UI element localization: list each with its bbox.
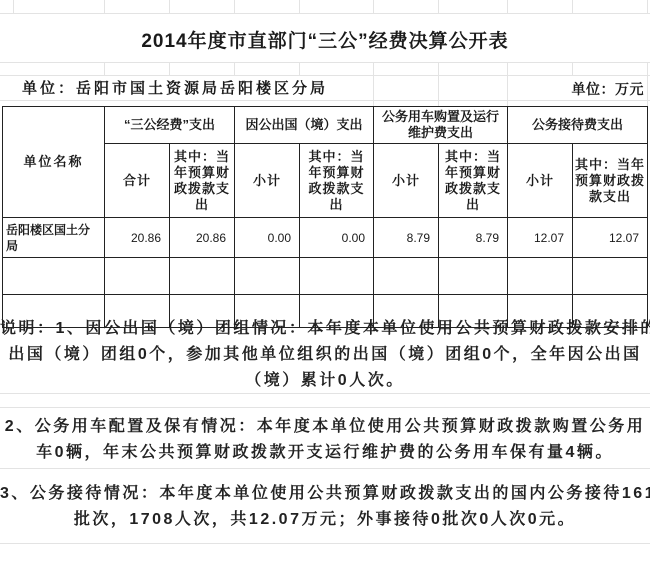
note-line: 车0辆，年末公共预算财政拨款开支运行维护费的公务用车保有量4辆。 (0, 440, 650, 466)
gridline (572, 62, 573, 75)
note-line: 3、公务接待情况：本年度本单位使用公共预算财政拨款支出的国内公务接待161 (0, 481, 650, 507)
note-line: （境）累计0人次。 (0, 368, 650, 394)
subheader-fiscal: 其中：当年预算财政拨款支出 (573, 144, 648, 218)
group-header-vehicle: 公务用车购置及运行维护费支出 (374, 107, 508, 144)
group-header-sangong: “三公经费”支出 (105, 107, 235, 144)
gridline (0, 62, 650, 63)
gridline (0, 407, 650, 408)
gridline (0, 543, 650, 544)
group-header-abroad: 因公出国（境）支出 (235, 107, 374, 144)
empty-cell (374, 258, 439, 295)
row-unit-name: 岳阳楼区国土分局 (3, 218, 105, 258)
note-line: 说明：1、因公出国（境）团组情况：本年度本单位使用公共预算财政拨款安排的 (0, 316, 650, 342)
cell-value: 20.86 (170, 218, 235, 258)
subheader-subtotal: 小计 (374, 144, 439, 218)
note-vehicles: 2、公务用车配置及保有情况：本年度本单位使用公共预算财政拨款购置公务用 车0辆，… (0, 414, 650, 466)
group-header-reception: 公务接待费支出 (508, 107, 648, 144)
unit-currency-label: 单位：万元 (572, 79, 645, 99)
cell-value: 0.00 (300, 218, 374, 258)
gridline (0, 468, 650, 469)
subheader-subtotal: 小计 (508, 144, 573, 218)
gridline (0, 100, 650, 101)
subheader-fiscal: 其中：当年预算财政拨款支出 (439, 144, 508, 218)
gridline (299, 62, 300, 75)
cell-value: 20.86 (105, 218, 170, 258)
empty-cell (105, 258, 170, 295)
empty-cell (573, 258, 648, 295)
gridline (647, 0, 648, 13)
spreadsheet-page: 2014年度市直部门“三公”经费决算公开表 单位：岳阳市国土资源局岳阳楼区分局 … (0, 0, 650, 566)
gridline (104, 0, 105, 13)
subheader-total: 合计 (105, 144, 170, 218)
empty-cell (300, 258, 374, 295)
empty-cell (3, 258, 105, 295)
subheader-subtotal: 小计 (235, 144, 300, 218)
gridline (13, 0, 14, 13)
unit-row: 单位：岳阳市国土资源局岳阳楼区分局 单位：万元 (0, 77, 650, 99)
empty-cell (508, 258, 573, 295)
empty-cell (235, 258, 300, 295)
unit-name-header: 单位名称 (3, 107, 105, 218)
gridline (169, 0, 170, 13)
subheader-fiscal: 其中：当年预算财政拨款支出 (300, 144, 374, 218)
cell-value: 12.07 (508, 218, 573, 258)
gridline (373, 0, 374, 13)
gridline (234, 0, 235, 13)
cell-value: 8.79 (374, 218, 439, 258)
empty-cell (439, 258, 508, 295)
empty-cell (170, 258, 235, 295)
gridline (572, 0, 573, 13)
gridline (0, 75, 650, 76)
note-abroad-groups: 说明：1、因公出国（境）团组情况：本年度本单位使用公共预算财政拨款安排的 出国（… (0, 316, 650, 394)
note-line: 批次，1708人次，共12.07万元；外事接待0批次0人次0元。 (0, 507, 650, 533)
gridline (438, 0, 439, 13)
gridline (104, 62, 105, 75)
note-line: 2、公务用车配置及保有情况：本年度本单位使用公共预算财政拨款购置公务用 (0, 414, 650, 440)
note-reception: 3、公务接待情况：本年度本单位使用公共预算财政拨款支出的国内公务接待161 批次… (0, 481, 650, 533)
gridline (0, 13, 650, 14)
unit-name-label: 单位：岳阳市国土资源局岳阳楼区分局 (22, 77, 328, 98)
cell-value: 8.79 (439, 218, 508, 258)
gridline (169, 62, 170, 75)
gridline (299, 0, 300, 13)
cell-value: 12.07 (573, 218, 648, 258)
gridline (234, 62, 235, 75)
note-line: 出国（境）团组0个，参加其他单位组织的出国（境）团组0个，全年因公出国 (0, 342, 650, 368)
subheader-fiscal: 其中：当年预算财政拨款支出 (170, 144, 235, 218)
page-title: 2014年度市直部门“三公”经费决算公开表 (0, 26, 650, 53)
table-row: 岳阳楼区国土分局 20.86 20.86 0.00 0.00 8.79 8.79… (3, 218, 648, 258)
expense-table: 单位名称 “三公经费”支出 因公出国（境）支出 公务用车购置及运行维护费支出 公… (2, 106, 648, 328)
cell-value: 0.00 (235, 218, 300, 258)
table-row-empty (3, 258, 648, 295)
gridline (507, 0, 508, 13)
